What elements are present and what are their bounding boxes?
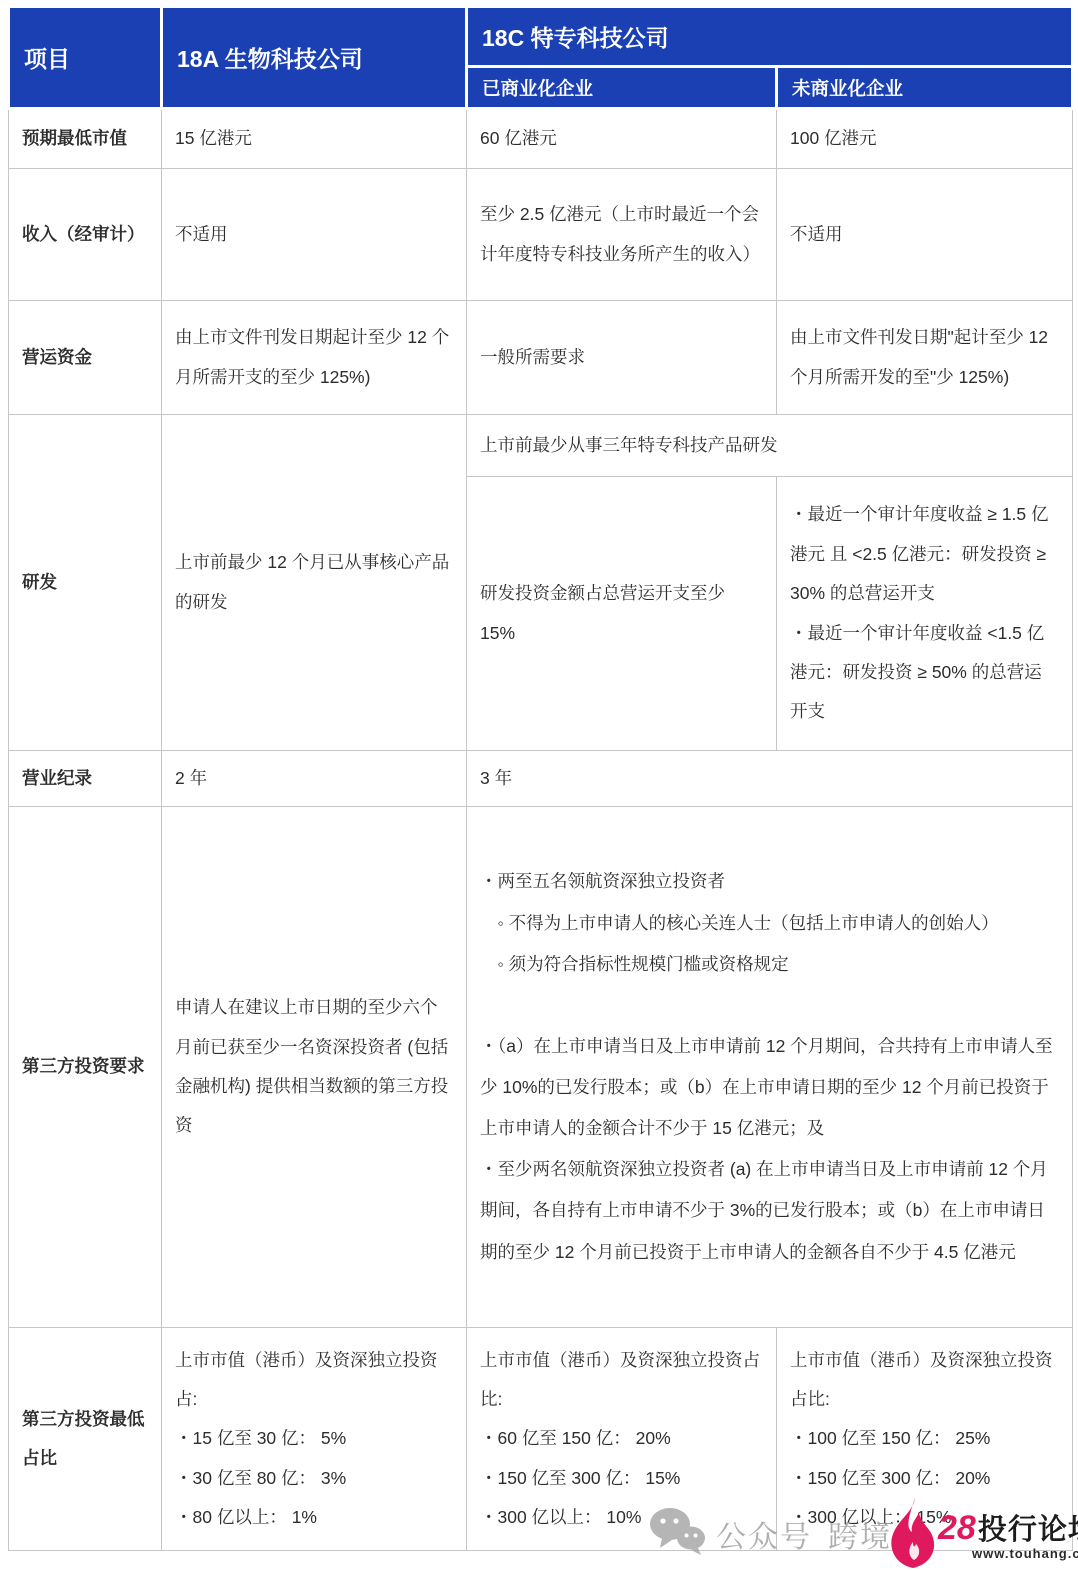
cell-third-party-investment-18a: 申请人在建议上市日期的至少六个月前已获至少一名资深投资者 (包括金融机构) 提供… (162, 807, 467, 1328)
row-track-record-label: 营业纪录 (9, 751, 162, 807)
cell-track-record-18c-merged: 3 年 (467, 751, 1073, 807)
header-18c-commercialized: 已商业化企业 (467, 67, 777, 109)
row-working-capital: 营运资金 由上市文件刊发日期起计至少 12 个月所需开支的至少 125%) 一般… (9, 301, 1073, 415)
cell-revenue-18a: 不适用 (162, 169, 467, 301)
cell-track-record-18a: 2 年 (162, 751, 467, 807)
cell-rnd-18c-merged: 上市前最少从事三年特专科技产品研发 (467, 415, 1073, 477)
row-revenue: 收入（经审计） 不适用 至少 2.5 亿港元（上市时最近一个会计年度特专科技业务… (9, 169, 1073, 301)
cell-working-capital-uncommercialized: 由上市文件刊发日期"起计至少 12 个月所需开发的至"少 125%) (777, 301, 1073, 415)
header-18c: 18C 特专科技公司 (467, 7, 1073, 67)
row-third-party-investment: 第三方投资要求 申请人在建议上市日期的至少六个月前已获至少一名资深投资者 (包括… (9, 807, 1073, 1328)
cell-min-market-cap-uncommercialized: 100 亿港元 (777, 109, 1073, 169)
cell-min-market-cap-commercialized: 60 亿港元 (467, 109, 777, 169)
row-third-party-investment-label: 第三方投资要求 (9, 807, 162, 1328)
listing-requirements-comparison-table: 项目 18A 生物科技公司 18C 特专科技公司 已商业化企业 未商业化企业 预… (7, 5, 1074, 1551)
row-min-market-cap-label: 预期最低市值 (9, 109, 162, 169)
row-working-capital-label: 营运资金 (9, 301, 162, 415)
row-third-party-min-share-label: 第三方投资最低占比 (9, 1328, 162, 1551)
cell-min-market-cap-18a: 15 亿港元 (162, 109, 467, 169)
header-18c-uncommercialized: 未商业化企业 (777, 67, 1073, 109)
cell-rnd-uncommercialized: ・最近一个审计年度收益 ≥ 1.5 亿港元 且 <2.5 亿港元：研发投资 ≥ … (777, 477, 1073, 751)
cell-working-capital-commercialized: 一般所需要求 (467, 301, 777, 415)
row-revenue-label: 收入（经审计） (9, 169, 162, 301)
cell-third-party-investment-18c-merged: ・两至五名领航资深独立投资者 ◦ 不得为上市申请人的核心关连人士（包括上市申请人… (467, 807, 1073, 1328)
header-item: 项目 (9, 7, 162, 109)
cell-third-party-min-share-18a: 上市市值（港币）及资深独立投资占: ・15 亿至 30 亿： 5% ・30 亿至… (162, 1328, 467, 1551)
row-min-market-cap: 预期最低市值 15 亿港元 60 亿港元 100 亿港元 (9, 109, 1073, 169)
cell-third-party-min-share-commercialized: 上市市值（港币）及资深独立投资占比: ・60 亿至 150 亿： 20% ・15… (467, 1328, 777, 1551)
cell-third-party-min-share-uncommercialized: 上市市值（港币）及资深独立投资占比: ・100 亿至 150 亿： 25% ・1… (777, 1328, 1073, 1551)
cell-revenue-uncommercialized: 不适用 (777, 169, 1073, 301)
row-rnd-label: 研发 (9, 415, 162, 751)
row-rnd-top: 研发 上市前最少 12 个月已从事核心产品的研发 上市前最少从事三年特专科技产品… (9, 415, 1073, 477)
cell-rnd-18a: 上市前最少 12 个月已从事核心产品的研发 (162, 415, 467, 751)
row-third-party-min-share: 第三方投资最低占比 上市市值（港币）及资深独立投资占: ・15 亿至 30 亿：… (9, 1328, 1073, 1551)
cell-working-capital-18a: 由上市文件刊发日期起计至少 12 个月所需开支的至少 125%) (162, 301, 467, 415)
cell-revenue-commercialized: 至少 2.5 亿港元（上市时最近一个会计年度特专科技业务所产生的收入） (467, 169, 777, 301)
document-page: 项目 18A 生物科技公司 18C 特专科技公司 已商业化企业 未商业化企业 预… (0, 0, 1078, 1570)
row-track-record: 营业纪录 2 年 3 年 (9, 751, 1073, 807)
header-18a: 18A 生物科技公司 (162, 7, 467, 109)
cell-rnd-commercialized: 研发投资金额占总营运开支至少 15% (467, 477, 777, 751)
